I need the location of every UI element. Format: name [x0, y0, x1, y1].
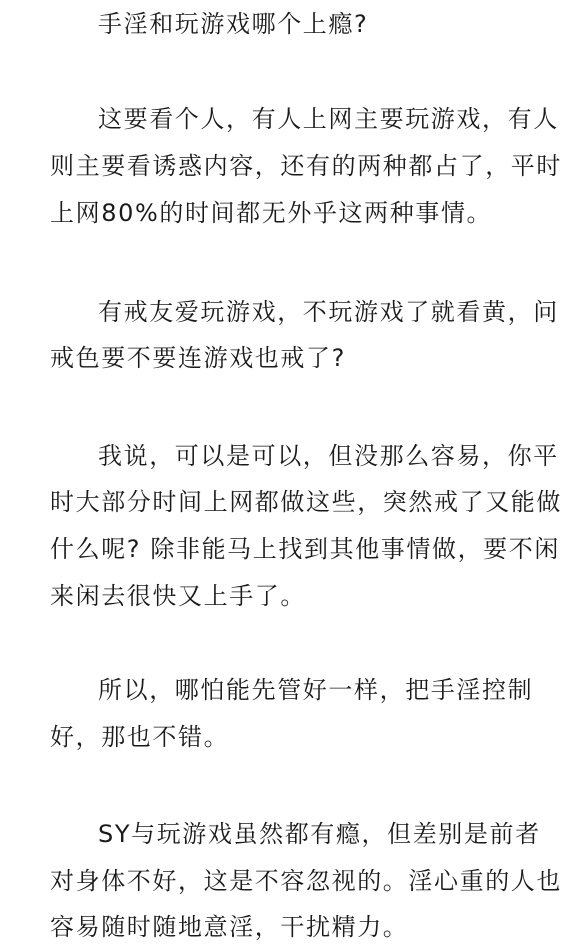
paragraph-3-line-1: 有戒友爱玩游戏，不玩游戏了就看黄，问	[98, 297, 580, 327]
paragraph-5-line-2: 好，那也不错。	[50, 722, 540, 752]
paragraph-6-line-2: 对身体不好，这是不容忽视的。淫心重的人也	[50, 866, 540, 896]
article-body: 手淫和玩游戏哪个上瘾? 这要看个人，有人上网主要玩游戏，有人 则主要看诱惑内容，…	[0, 0, 580, 952]
paragraph-2-line-3: 上网80%的时间都无外乎这两种事情。	[50, 198, 540, 228]
paragraph-2-line-2: 则主要看诱惑内容，还有的两种都占了，平时	[50, 151, 540, 181]
paragraph-3-line-2: 戒色要不要连游戏也戒了?	[50, 343, 540, 373]
paragraph-6-line-3: 容易随时随地意淫，干扰精力。	[50, 912, 540, 942]
paragraph-2-line-1: 这要看个人，有人上网主要玩游戏，有人	[98, 104, 580, 134]
paragraph-4-line-4: 来闲去很快又上手了。	[50, 581, 540, 611]
paragraph-4-line-3: 什么呢? 除非能马上找到其他事情做，要不闲	[50, 534, 540, 564]
paragraph-6-line-1: SY与玩游戏虽然都有瘾，但差别是前者	[98, 819, 580, 849]
paragraph-4-line-2: 时大部分时间上网都做这些，突然戒了又能做	[50, 487, 540, 517]
paragraph-1-line-1: 手淫和玩游戏哪个上瘾?	[98, 9, 580, 39]
paragraph-5-line-1: 所以，哪怕能先管好一样，把手淫控制	[98, 675, 580, 705]
paragraph-4-line-1: 我说，可以是可以，但没那么容易，你平	[98, 441, 580, 471]
